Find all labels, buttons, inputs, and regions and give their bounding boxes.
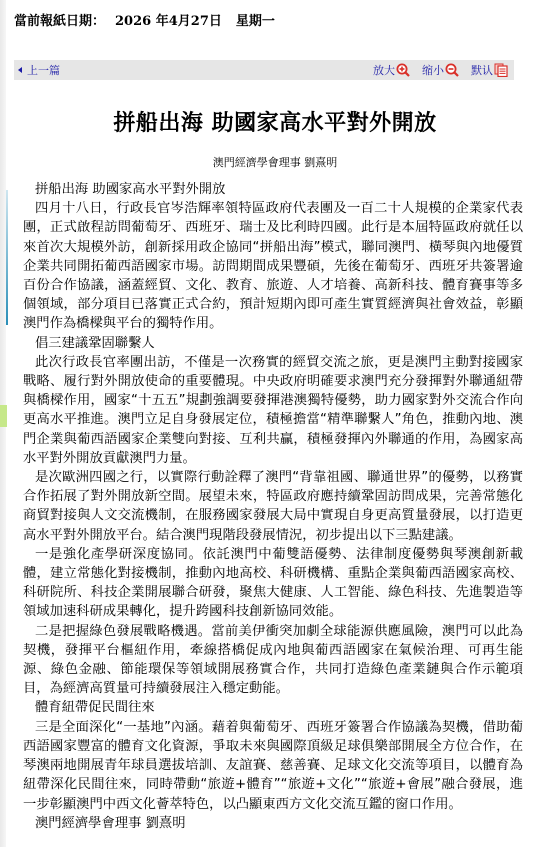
zoom-out-icon	[445, 63, 459, 77]
article-subheading: 倡三建議鞏固聯繫人	[23, 334, 523, 353]
article-toolbar: 上一篇 放大 缩小 默认	[14, 60, 514, 80]
zoom-out-label: 缩小	[422, 62, 444, 78]
article-title: 拼船出海 助國家高水平對外開放	[0, 106, 550, 137]
article-paragraph: 此次行政長官率團出訪，不僅是一次務實的經貿交流之旅，更是澳門主動對接國家戰略、履…	[23, 353, 523, 468]
zoom-in-icon	[396, 63, 410, 77]
article-paragraph: 是次歐洲四國之行，以實際行動詮釋了澳門“背靠祖國、聯通世界”的優勢，以務實合作拓…	[23, 468, 523, 545]
date-value: 2026 年4月27日	[115, 14, 222, 29]
article-subheading: 澳門經濟學會理事 劉熹明	[23, 814, 523, 833]
previous-article-label: 上一篇	[27, 62, 60, 78]
article-subheading: 拼船出海 助國家高水平對外開放	[23, 180, 523, 199]
weekday: 星期一	[236, 14, 275, 29]
zoom-in-label: 放大	[373, 62, 395, 78]
previous-article-link[interactable]: 上一篇	[18, 62, 60, 78]
article-subheading: 體育紐帶促民間往來	[23, 698, 523, 717]
article-paragraph: 二是把握綠色發展戰略機遇。當前美伊衝突加劇全球能源供應風險，澳門可以此為契機，發…	[23, 622, 523, 699]
default-size-button[interactable]: 默认	[471, 62, 508, 78]
left-edge-tab	[0, 405, 7, 427]
text-size-tools: 放大 缩小 默认	[361, 62, 508, 78]
article-paragraph: 四月十八日，行政長官岑浩輝率領特區政府代表團及一百二十人規模的企業家代表團，正式…	[23, 199, 523, 333]
article-byline: 澳門經濟學會理事 劉熹明	[0, 154, 550, 170]
zoom-out-button[interactable]: 缩小	[422, 62, 459, 78]
newspaper-date-bar: 當前報紙日期：2026 年4月27日星期一	[14, 10, 275, 29]
article-body: 拼船出海 助國家高水平對外開放四月十八日，行政長官岑浩輝率領特區政府代表團及一百…	[23, 180, 523, 833]
left-edge-accent	[6, 190, 8, 325]
zoom-in-button[interactable]: 放大	[373, 62, 410, 78]
article-paragraph: 三是全面深化“一基地”內涵。藉着與葡萄牙、西班牙簽署合作協議為契機，借助葡西語國…	[23, 718, 523, 814]
article-paragraph: 一是強化產學研深度協同。依託澳門中葡雙語優勢、法律制度優勢與琴澳創新載體，建立常…	[23, 545, 523, 622]
date-label: 當前報紙日期：	[14, 14, 105, 29]
triangle-left-icon	[18, 67, 22, 73]
document-pages-icon	[494, 63, 508, 77]
default-size-label: 默认	[471, 62, 493, 78]
